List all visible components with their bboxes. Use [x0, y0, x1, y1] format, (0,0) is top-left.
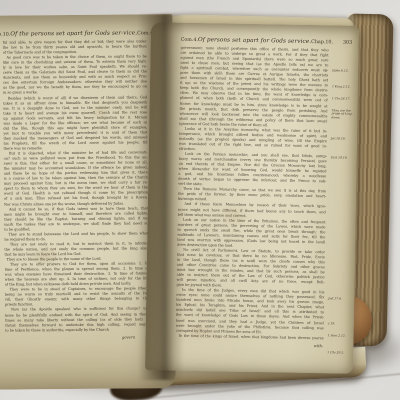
right-body-text: government; none should performe this of… — [176, 46, 329, 341]
margin-note: c.19. — [328, 322, 354, 326]
left-running-title: Of the persons set apart for Gods ser-vi… — [10, 30, 137, 37]
left-chapter-label: Chap.10. — [0, 33, 10, 38]
margin-note: 1 Chr.24.17. — [332, 97, 358, 101]
right-running-title: Of persons set apart for Gods service. — [198, 37, 311, 45]
margin-note: 1 King.2.12. — [332, 85, 358, 89]
right-page-header: Com.4. Of persons set apart for Gods ser… — [181, 37, 329, 46]
right-page: Com.4. Of persons set apart for Gods ser… — [145, 22, 359, 374]
right-chapter-label: Chap.10.303 — [311, 40, 352, 46]
margin-note: 1 Sam.2.12. — [328, 334, 354, 338]
right-commandment-label: Com.4. — [181, 38, 198, 43]
margin-note: Jer.18.18. — [331, 137, 357, 141]
left-body-text: ful and able, to give reason for that th… — [3, 39, 150, 333]
right-catchword: with- — [175, 340, 337, 348]
text-line: to be taken by those in authoritie, espe… — [5, 327, 149, 333]
book-photo: Chap.10. Of the persons set apart for Go… — [0, 0, 400, 400]
margin-note: Eccl.10.16. — [331, 156, 357, 160]
left-catchword: govern — [5, 334, 149, 340]
margin-note: Ephe.6.12. — [332, 69, 358, 73]
margin-note: Jud.17.6. — [328, 297, 354, 301]
left-page-header: Chap.10. Of the persons set apart for Go… — [3, 30, 147, 37]
margin-note: They are the props of king-doms. — [331, 109, 357, 119]
margin-note: 1 Chr.29.5. — [327, 351, 353, 355]
right-chapter-text: Chap.10. — [311, 40, 333, 45]
page-number: 303 — [343, 41, 352, 46]
